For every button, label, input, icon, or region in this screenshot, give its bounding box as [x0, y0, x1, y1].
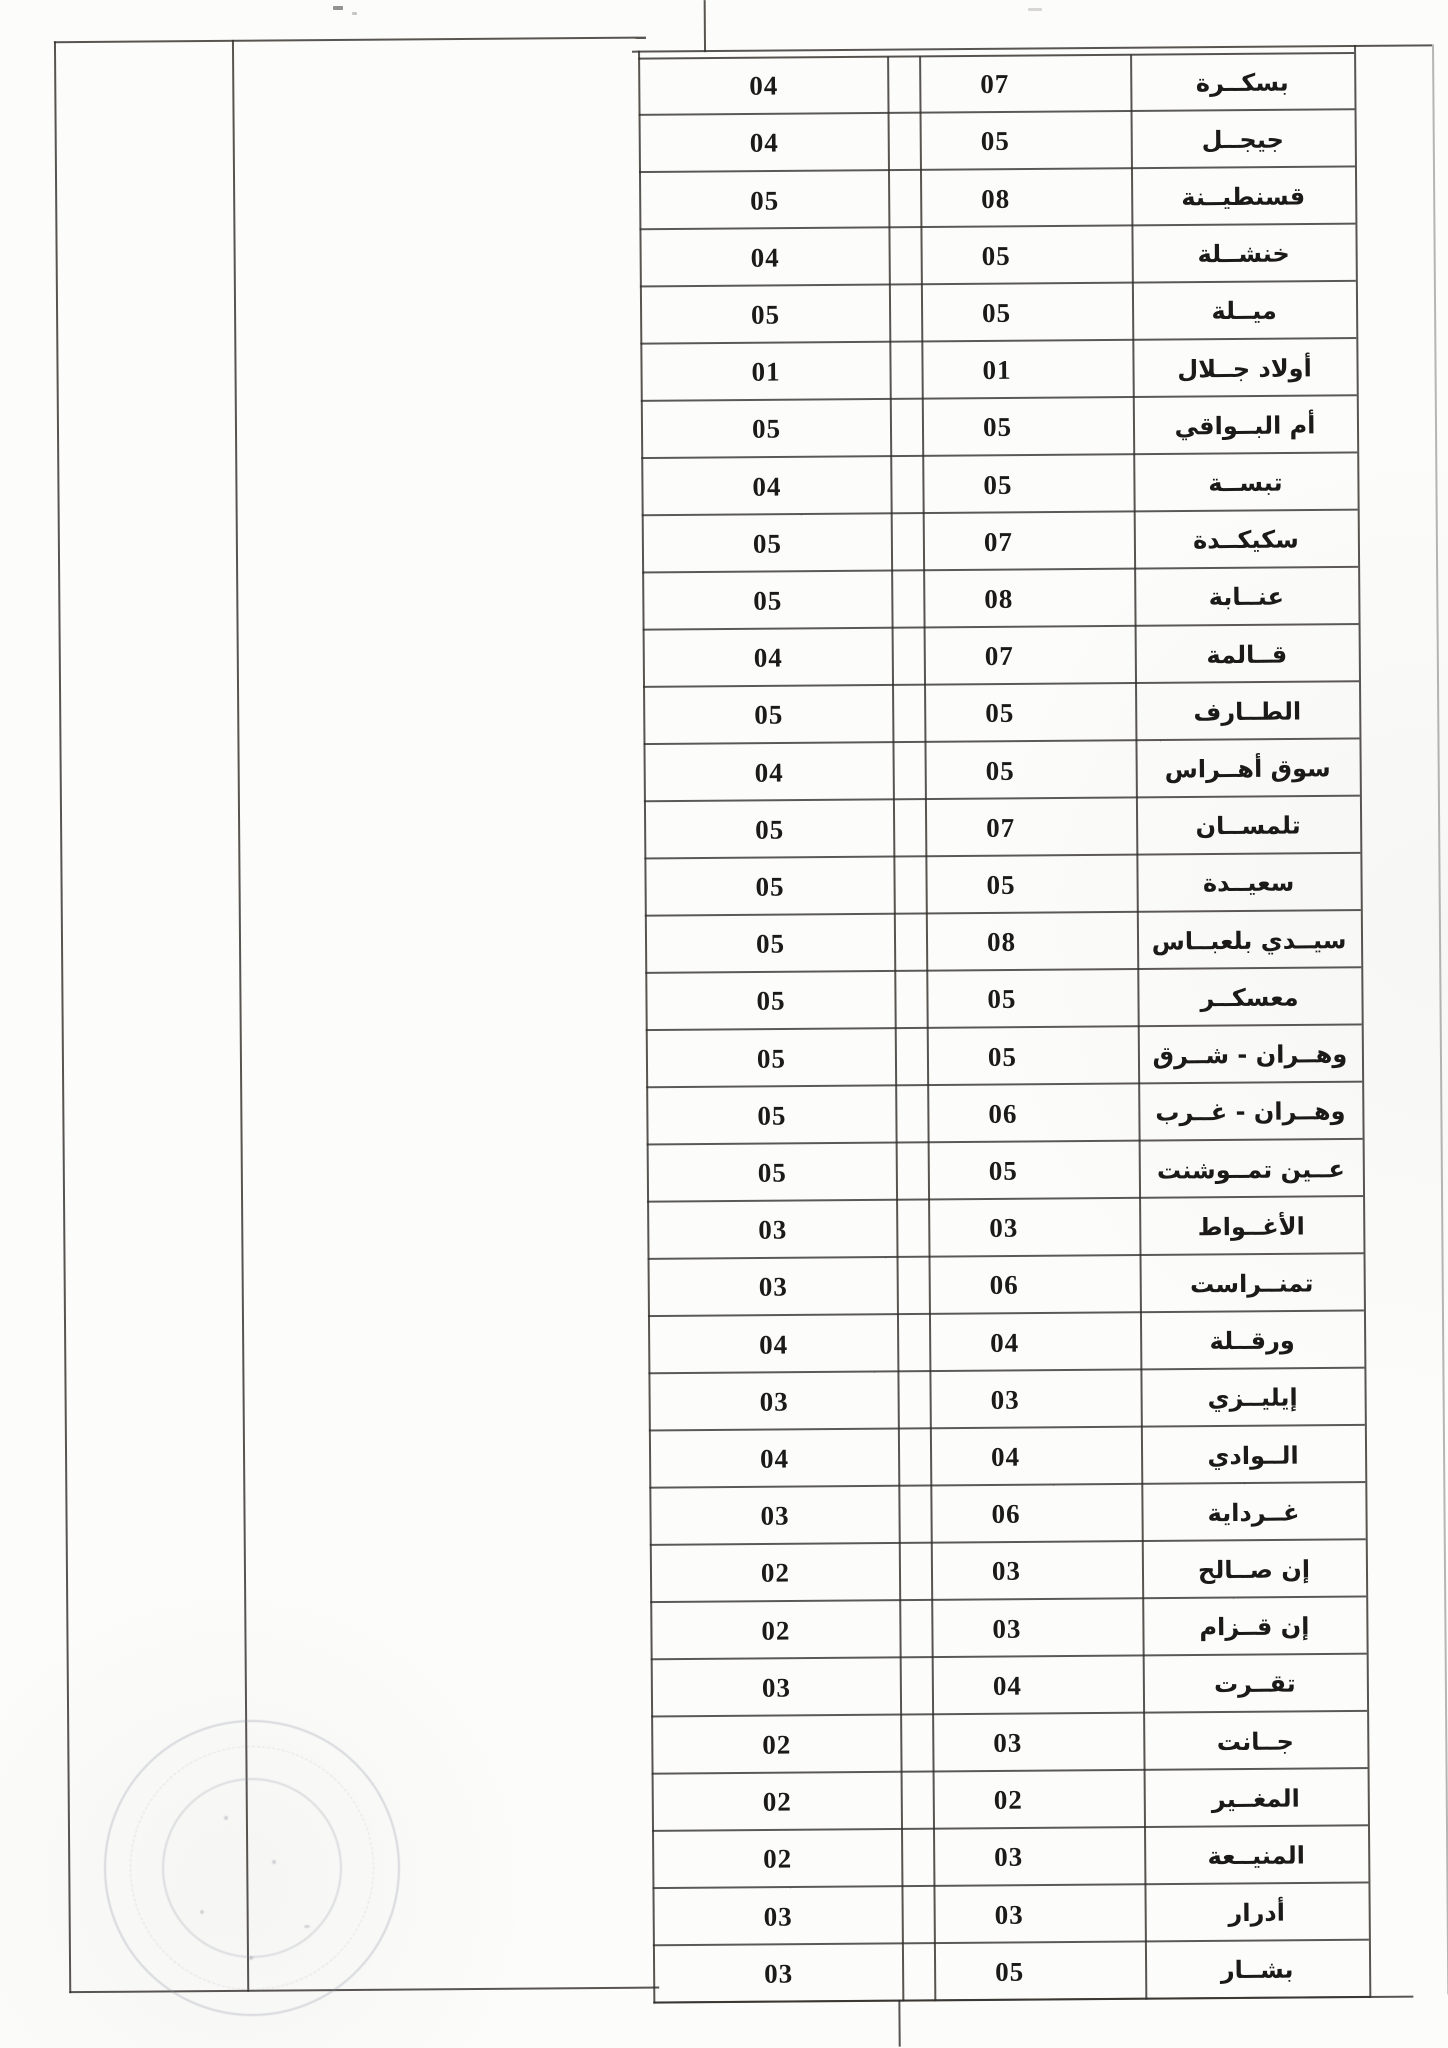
- table-row: 0303أدرار: [654, 1884, 1368, 1947]
- wilaya-name-cell: ورقــلة: [1140, 1312, 1364, 1371]
- table-row: 0203إن صــالح: [652, 1540, 1366, 1603]
- count-right-cell: 07: [925, 798, 1136, 857]
- wilaya-name-cell: سعيــدة: [1136, 854, 1360, 913]
- gap-cell: [902, 1944, 934, 2001]
- wilaya-name-cell: إيليــزي: [1140, 1369, 1364, 1428]
- count-left-cell: 03: [649, 1201, 896, 1260]
- wilaya-name-cell: المنيــعة: [1144, 1826, 1368, 1885]
- count-left-cell: 05: [648, 1029, 895, 1088]
- wilaya-name-cell: إن قــزام: [1142, 1598, 1366, 1657]
- table-row: 0306غــرداية: [651, 1483, 1365, 1546]
- count-left-cell: 05: [641, 171, 888, 230]
- gap-cell: [895, 1029, 927, 1086]
- scan-artifact-line-bottom: [898, 2000, 900, 2047]
- table-row: 0407بسكــرة: [640, 53, 1354, 116]
- gap-cell: [898, 1429, 930, 1486]
- count-right-cell: 04: [929, 1313, 1140, 1372]
- count-left-cell: 04: [640, 57, 887, 116]
- wilaya-name-cell: تقــرت: [1143, 1655, 1367, 1714]
- gap-cell: [888, 228, 920, 285]
- gap-cell: [901, 1887, 933, 1944]
- count-left-cell: 05: [643, 400, 890, 459]
- table-row: 0505ميــلة: [642, 282, 1356, 345]
- count-right-cell: 05: [926, 970, 1137, 1029]
- scan-speck: [333, 6, 343, 10]
- count-left-cell: 04: [641, 114, 888, 173]
- wilaya-name-cell: بشــار: [1145, 1941, 1369, 2000]
- table-divider-left-box: [232, 40, 249, 1992]
- count-right-cell: 06: [927, 1084, 1138, 1143]
- count-right-cell: 05: [922, 455, 1133, 514]
- wilaya-name-cell: جــانت: [1143, 1712, 1367, 1771]
- count-right-cell: 05: [921, 284, 1132, 343]
- table-row: 0203جــانت: [653, 1712, 1367, 1775]
- wilaya-name-cell: غــرداية: [1141, 1483, 1365, 1542]
- table-row: 0407قــالمة: [645, 625, 1359, 688]
- table-row: 0505أم البــواقي: [643, 396, 1357, 459]
- gap-cell: [892, 743, 924, 800]
- table-row: 0508عنــابة: [644, 568, 1358, 631]
- count-left-cell: 05: [647, 972, 894, 1031]
- count-right-cell: 03: [931, 1599, 1142, 1658]
- count-left-cell: 02: [652, 1601, 899, 1660]
- count-right-cell: 07: [924, 627, 1135, 686]
- gap-cell: [897, 1315, 929, 1372]
- wilaya-name-cell: عــين تمــوشنت: [1139, 1140, 1363, 1199]
- count-right-cell: 03: [933, 1885, 1144, 1944]
- wilaya-name-cell: إن صــالح: [1142, 1540, 1366, 1599]
- wilaya-name-cell: أم البــواقي: [1133, 396, 1357, 455]
- count-right-cell: 02: [933, 1771, 1144, 1830]
- wilaya-name-cell: أولاد جــلال: [1132, 339, 1356, 398]
- gap-cell: [887, 56, 919, 113]
- count-right-cell: 05: [920, 226, 1131, 285]
- wilaya-name-cell: بسكــرة: [1130, 53, 1354, 112]
- gap-cell: [892, 686, 924, 743]
- count-right-cell: 06: [929, 1256, 1140, 1315]
- gap-cell: [892, 628, 924, 685]
- wilaya-name-cell: خنشــلة: [1131, 225, 1355, 284]
- count-left-cell: 04: [643, 457, 890, 516]
- count-left-cell: 05: [644, 514, 891, 573]
- wilaya-name-cell: تلمســان: [1136, 797, 1360, 856]
- count-right-cell: 03: [928, 1199, 1139, 1258]
- count-right-cell: 05: [924, 684, 1135, 743]
- gap-cell: [897, 1372, 929, 1429]
- count-left-cell: 05: [644, 572, 891, 631]
- table-row: 0306تمنــراست: [650, 1254, 1364, 1317]
- count-left-cell: 05: [649, 1144, 896, 1203]
- gap-cell: [889, 285, 921, 342]
- gap-cell: [900, 1715, 932, 1772]
- wilaya-name-cell: ميــلة: [1132, 282, 1356, 341]
- gap-cell: [897, 1258, 929, 1315]
- gap-cell: [893, 857, 925, 914]
- stamp-inner-ring: [162, 1778, 342, 1958]
- table-row: 0405تبســة: [643, 453, 1357, 516]
- table-border-top-left: [54, 37, 646, 44]
- gap-cell: [890, 457, 922, 514]
- count-right-cell: 08: [923, 570, 1134, 629]
- count-right-cell: 08: [920, 169, 1131, 228]
- count-left-cell: 04: [650, 1315, 897, 1374]
- table-row: 0404ورقــلة: [650, 1312, 1364, 1375]
- table-border-left: [54, 41, 71, 1993]
- table-row: 0304تقــرت: [653, 1655, 1367, 1718]
- table-row: 0505الطــارف: [645, 682, 1359, 745]
- count-left-cell: 03: [650, 1372, 897, 1431]
- table-row: 0505وهــران - شــرق: [648, 1025, 1362, 1088]
- table-row: 0507تلمســان: [646, 797, 1360, 860]
- wilaya-name-cell: سوق أهــراس: [1135, 739, 1359, 798]
- gap-cell: [898, 1487, 930, 1544]
- count-left-cell: 03: [651, 1487, 898, 1546]
- count-right-cell: 07: [923, 512, 1134, 571]
- count-left-cell: 01: [642, 343, 889, 402]
- gap-cell: [889, 342, 921, 399]
- count-left-cell: 04: [651, 1430, 898, 1489]
- table-row: 0507سكيكــدة: [644, 511, 1358, 574]
- gap-cell: [899, 1601, 931, 1658]
- table-row: 0405سوق أهــراس: [645, 739, 1359, 802]
- table-row: 0202المغــير: [654, 1769, 1368, 1832]
- table-row: 0303إيليــزي: [650, 1369, 1364, 1432]
- count-left-cell: 02: [653, 1716, 900, 1775]
- count-left-cell: 03: [655, 1944, 902, 2003]
- count-right-cell: 03: [932, 1714, 1143, 1773]
- wilaya-name-cell: سيــدي بلعبــاس: [1137, 911, 1361, 970]
- table-row: 0305بشــار: [655, 1941, 1369, 2004]
- scan-speck: [352, 12, 357, 15]
- table-row: 0303الأغــواط: [649, 1197, 1363, 1260]
- table-row: 0405خنشــلة: [641, 225, 1355, 288]
- wilaya-name-cell: معسكــر: [1137, 968, 1361, 1027]
- gap-cell: [896, 1201, 928, 1258]
- wilaya-name-cell: تمنــراست: [1140, 1254, 1364, 1313]
- circular-stamp: [104, 1720, 400, 2016]
- count-left-cell: 05: [648, 1086, 895, 1145]
- count-left-cell: 05: [646, 858, 893, 917]
- count-left-cell: 02: [654, 1773, 901, 1832]
- count-right-cell: 05: [925, 856, 1136, 915]
- wilaya-name-cell: الــوادي: [1141, 1426, 1365, 1485]
- count-left-cell: 05: [642, 285, 889, 344]
- table-row: 0505عــين تمــوشنت: [649, 1140, 1363, 1203]
- wilaya-name-cell: المغــير: [1144, 1769, 1368, 1828]
- gap-cell: [894, 972, 926, 1029]
- gap-cell: [895, 1086, 927, 1143]
- count-right-cell: 01: [921, 341, 1132, 400]
- table-row: 0508سيــدي بلعبــاس: [647, 911, 1361, 974]
- wilaya-name-cell: سكيكــدة: [1134, 511, 1358, 570]
- table-border-right: [1432, 44, 1448, 1994]
- gap-cell: [891, 514, 923, 571]
- gap-cell: [888, 171, 920, 228]
- gap-cell: [899, 1544, 931, 1601]
- count-left-cell: 02: [652, 1544, 899, 1603]
- count-right-cell: 05: [924, 741, 1135, 800]
- count-right-cell: 05: [922, 398, 1133, 457]
- wilaya-name-cell: الأغــواط: [1139, 1197, 1363, 1256]
- wilaya-name-cell: جيجــل: [1131, 110, 1355, 169]
- count-right-cell: 06: [930, 1485, 1141, 1544]
- table-row: 0508قسنطيــنة: [641, 167, 1355, 230]
- wilaya-name-cell: أدرار: [1144, 1884, 1368, 1943]
- wilaya-name-cell: وهــران - شــرق: [1138, 1025, 1362, 1084]
- wilaya-name-cell: عنــابة: [1134, 568, 1358, 627]
- table-row: 0203المنيــعة: [654, 1826, 1368, 1889]
- count-left-cell: 04: [645, 743, 892, 802]
- count-right-cell: 03: [929, 1370, 1140, 1429]
- table-row: 0101أولاد جــلال: [642, 339, 1356, 402]
- wilaya-name-cell: وهــران - غــرب: [1138, 1083, 1362, 1142]
- count-right-cell: 05: [928, 1142, 1139, 1201]
- count-left-cell: 03: [653, 1658, 900, 1717]
- table-row: 0505معسكــر: [647, 968, 1361, 1031]
- count-left-cell: 05: [645, 686, 892, 745]
- count-left-cell: 03: [654, 1887, 901, 1946]
- table-row: 0505سعيــدة: [646, 854, 1360, 917]
- gap-cell: [893, 800, 925, 857]
- wilaya-name-cell: تبســة: [1133, 453, 1357, 512]
- scan-artifact-line-top: [704, 0, 706, 52]
- count-right-cell: 03: [931, 1542, 1142, 1601]
- count-left-cell: 05: [646, 800, 893, 859]
- gap-cell: [901, 1773, 933, 1830]
- gap-cell: [890, 400, 922, 457]
- count-left-cell: 04: [641, 228, 888, 287]
- gap-cell: [894, 914, 926, 971]
- count-left-cell: 04: [645, 629, 892, 688]
- count-left-cell: 05: [647, 915, 894, 974]
- gap-cell: [896, 1143, 928, 1200]
- count-right-cell: 08: [926, 913, 1137, 972]
- count-right-cell: 05: [927, 1027, 1138, 1086]
- count-right-cell: 05: [934, 1943, 1145, 2002]
- wilaya-name-cell: قــالمة: [1135, 625, 1359, 684]
- gap-cell: [891, 571, 923, 628]
- table-row: 0203إن قــزام: [652, 1598, 1366, 1661]
- count-right-cell: 07: [919, 55, 1130, 114]
- scan-speck: [1028, 8, 1042, 11]
- count-right-cell: 04: [932, 1656, 1143, 1715]
- wilaya-name-cell: الطــارف: [1135, 682, 1359, 741]
- table-rows-layer: 0407بسكــرة0405جيجــل0508قسنطيــنة0405خن…: [0, 0, 1440, 6]
- gap-cell: [901, 1830, 933, 1887]
- wilaya-name-cell: قسنطيــنة: [1131, 167, 1355, 226]
- table-row: 0405جيجــل: [641, 110, 1355, 173]
- table-row: 0404الــوادي: [651, 1426, 1365, 1489]
- gap-cell: [888, 114, 920, 171]
- count-left-cell: 03: [650, 1258, 897, 1317]
- count-right-cell: 03: [933, 1828, 1144, 1887]
- scanned-document-page: 0407بسكــرة0405جيجــل0508قسنطيــنة0405خن…: [0, 0, 1448, 2048]
- count-right-cell: 04: [930, 1428, 1141, 1487]
- count-right-cell: 05: [920, 112, 1131, 171]
- count-left-cell: 02: [654, 1830, 901, 1889]
- gap-cell: [900, 1658, 932, 1715]
- table-row: 0506وهــران - غــرب: [648, 1083, 1362, 1146]
